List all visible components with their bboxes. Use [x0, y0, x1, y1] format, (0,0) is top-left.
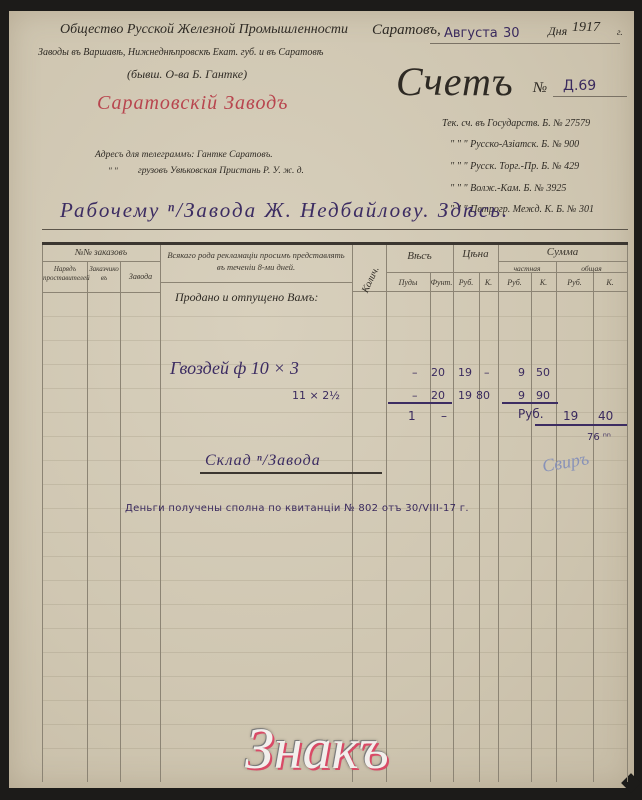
item-1-sum-rub: 9 — [518, 366, 525, 379]
ruled-line — [42, 460, 628, 461]
orders-col-1: Нарядъ проставителей — [43, 265, 87, 283]
col-line — [531, 273, 532, 782]
col-line — [430, 273, 431, 782]
item-2-price-rub: 19 — [458, 389, 472, 402]
header-line — [42, 292, 160, 293]
weight-header: Вѣсъ — [386, 252, 453, 261]
item-2-price-kop: 80 — [476, 389, 490, 402]
bank-account-3: " " " Русск. Торг.-Пр. Б. № 429 — [450, 161, 579, 172]
orders-group-header: №№ заказовъ — [42, 248, 160, 257]
location-line: Склад ⁿ/Завода — [205, 452, 321, 470]
location-underline — [200, 472, 382, 474]
ruled-line — [42, 316, 628, 317]
claims-note: Всякаго рода рекламаціи просимъ представ… — [165, 249, 347, 273]
item-1-pud: – — [412, 366, 418, 379]
price-kop-header: К. — [479, 278, 498, 287]
ruled-line — [42, 436, 628, 437]
item-2-sum-rub: 9 — [518, 389, 525, 402]
item-1-sum-kop: 50 — [536, 366, 550, 379]
invoice-number: Д.69 — [563, 78, 596, 94]
sum-total-kop-header: К. — [593, 278, 627, 287]
col-line — [498, 245, 499, 782]
bank-account-4: " " " Волж.-Кам. Б. № 3925 — [450, 183, 566, 194]
recipient-line: Рабочему ⁿ/Завода Ж. Недбайлову. Здѣсь. — [60, 198, 509, 223]
item-1-funt: 20 — [431, 366, 445, 379]
factories-line: Заводы въ Варшавѣ, Нижнеднѣпровскѣ Екат.… — [38, 47, 323, 58]
invoice-title: Счетъ — [396, 58, 514, 105]
freight-ditto: " " — [108, 166, 118, 176]
total-currency: Руб. — [518, 407, 544, 421]
weight-subtotal-line — [388, 402, 452, 404]
sum-total-rub-header: Руб. — [556, 278, 593, 287]
header-line — [498, 261, 627, 262]
date-month: Августа — [444, 26, 498, 41]
weight-funt-header: Фунт. — [430, 278, 453, 287]
total-qty: 1 — [408, 409, 416, 423]
weight-pud-header: Пуды — [386, 278, 430, 287]
invoice-number-label: № — [533, 80, 547, 97]
date-year: 1917 — [572, 20, 600, 36]
orders-col-3: Завода — [121, 272, 160, 281]
sum-total-header: общая — [556, 264, 627, 273]
item-1-price-kop: – — [484, 366, 490, 379]
ruled-line — [42, 340, 628, 341]
price-rub-header: Руб. — [453, 278, 479, 287]
ruled-line — [42, 364, 628, 365]
header-line — [352, 291, 627, 292]
freight-address: грузовъ Увѣковская Пристань Р. У. ж. д. — [138, 166, 304, 176]
header-line — [42, 261, 160, 262]
col-line — [479, 273, 480, 782]
item-2-pud: – — [412, 389, 418, 402]
col-line — [627, 245, 628, 782]
former-name: (бывш. О-ва Б. Гантке) — [127, 67, 247, 82]
item-2-funt: 20 — [431, 389, 445, 402]
recipient-underline — [42, 229, 628, 230]
watermark-logo: Знакъ — [245, 715, 389, 782]
sum-partial-kop-header: К. — [531, 278, 556, 287]
ruled-line — [42, 532, 628, 533]
item-1-price-rub: 19 — [458, 366, 472, 379]
company-name: Общество Русской Железной Промышленности — [60, 22, 348, 38]
total-note: 76 ⁿⁿ — [587, 432, 611, 443]
date-day: 30 — [503, 26, 520, 41]
col-line — [120, 262, 121, 782]
table-top-rule — [42, 242, 628, 245]
plant-name: Саратовскій Заводъ — [97, 92, 288, 115]
date-day-label: Дня — [548, 24, 567, 39]
ruled-line — [42, 676, 628, 677]
price-header: Цѣна — [453, 250, 498, 259]
col-line — [556, 262, 557, 782]
invoice-number-underline — [553, 96, 627, 97]
sum-partial-header: частная — [498, 264, 556, 273]
sum-header: Сумма — [498, 248, 627, 257]
ruled-line — [42, 700, 628, 701]
payment-note: Деньги получены сполна по квитанціи № 80… — [125, 503, 469, 514]
total-kop: 40 — [598, 409, 613, 423]
ruled-line — [42, 484, 628, 485]
bank-account-2: " " " Русско-Азіатск. Б. № 900 — [450, 139, 579, 150]
col-line — [42, 245, 43, 782]
item-1-description: Гвоздей ф 10 × 3 — [170, 358, 299, 379]
ruled-line — [42, 628, 628, 629]
total-underline — [535, 424, 627, 426]
ruled-line — [42, 652, 628, 653]
date-city: Саратовъ, — [372, 22, 441, 39]
item-2-description: 11 × 2½ — [292, 389, 340, 402]
sum-subtotal-line — [502, 402, 558, 404]
header-line — [160, 282, 352, 283]
telegraph-address: Адресъ для телеграммъ: Гантке Саратовъ. — [95, 150, 273, 160]
bank-account-1: Тек. сч. въ Государств. Б. № 27579 — [442, 118, 590, 129]
item-2-sum-kop: 90 — [536, 389, 550, 402]
ruled-line — [42, 604, 628, 605]
total-rub: 19 — [563, 409, 578, 423]
total-pud: – — [441, 409, 447, 423]
ruled-line — [42, 580, 628, 581]
ruled-line — [42, 556, 628, 557]
sum-partial-rub-header: Руб. — [498, 278, 531, 287]
col-line — [87, 262, 88, 782]
date-year-suffix: г. — [617, 27, 623, 37]
orders-col-2: Заказчиковъ — [88, 265, 120, 283]
shipped-label: Продано и отпущено Вамъ: — [175, 290, 318, 305]
date-underline — [430, 43, 620, 44]
col-line — [593, 273, 594, 782]
